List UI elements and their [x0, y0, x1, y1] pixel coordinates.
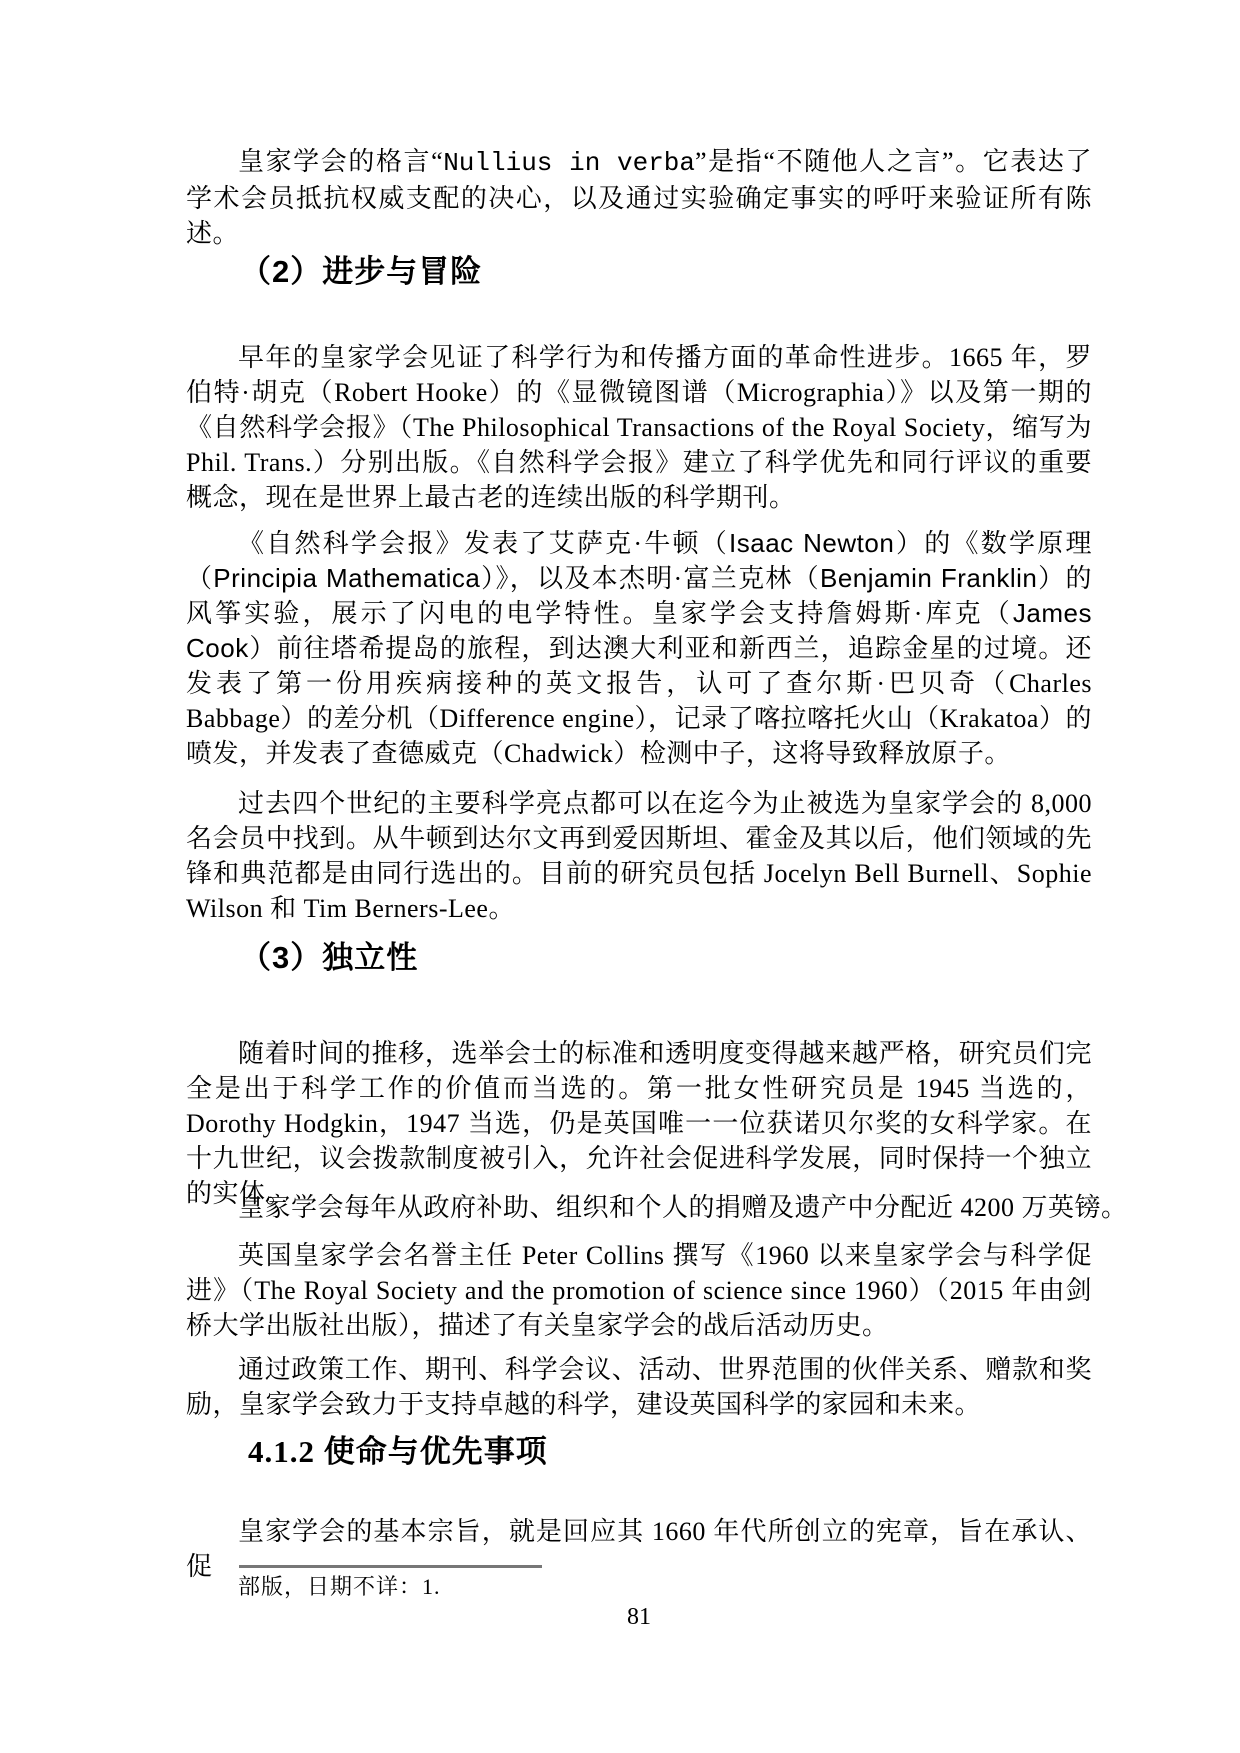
paragraph-early-society: 早年的皇家学会见证了科学行为和传播方面的革命性进步。1665 年，罗伯特·胡克（… [186, 340, 1092, 515]
paragraph-fellows-history: 过去四个世纪的主要科学亮点都可以在迄今为止被选为皇家学会的 8,000 名会员中… [186, 786, 1092, 926]
paragraph-peter-collins-book: 英国皇家学会名誉主任 Peter Collins 撰写《1960 以来皇家学会与… [186, 1238, 1092, 1343]
page-number: 81 [186, 1602, 1092, 1632]
section-heading-progress-adventure: （2）进步与冒险 [240, 252, 482, 292]
paragraph-policy-work: 通过政策工作、期刊、科学会议、活动、世界范围的伙伴关系、赠款和奖励，皇家学会致力… [186, 1352, 1092, 1422]
paragraph-motto: 皇家学会的格言“Nullius in verba”是指“不随他人之言”。它表达了… [186, 144, 1092, 251]
paragraph-transactions-publications: 《自然科学会报》发表了艾萨克·牛顿（Isaac Newton）的《数学原理（Pr… [186, 526, 1092, 771]
section-heading-mission-priorities: 4.1.2 使命与优先事项 [248, 1432, 548, 1472]
footnote-separator-line [239, 1565, 542, 1568]
section-heading-independence: （3）独立性 [240, 938, 418, 978]
paragraph-funding: 皇家学会每年从政府补助、组织和个人的捐赠及遗产中分配近 4200 万英镑。 [186, 1190, 1092, 1225]
paragraph-election-standards: 随着时间的推移，选举会士的标准和透明度变得越来越严格，研究员们完全是出于科学工作… [186, 1036, 1092, 1211]
document-page: 皇家学会的格言“Nullius in verba”是指“不随他人之言”。它表达了… [0, 0, 1240, 1753]
footnote-text: 部版，日期不详：1. [238, 1572, 441, 1602]
